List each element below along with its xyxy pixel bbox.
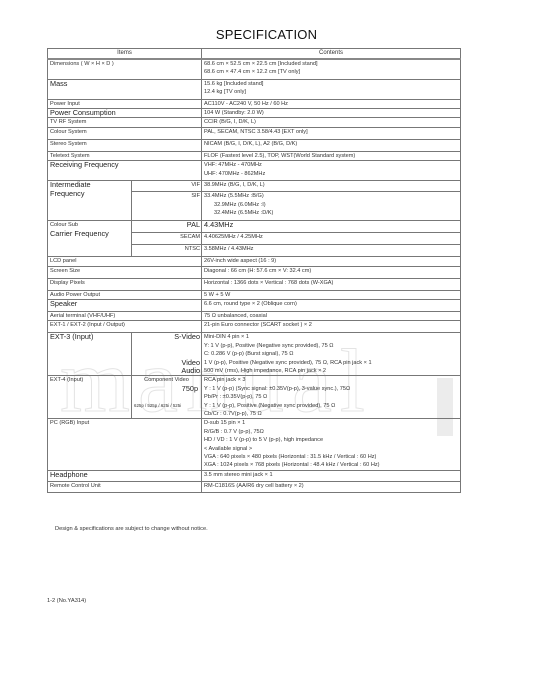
page-footer: 1-2 (No.YA314) <box>47 598 86 604</box>
row-value: VHF: 47MHz - 470MHzUHF: 470MHz - 862MHz <box>202 161 461 181</box>
row-value: 3.5 mm stereo mini jack × 1 <box>202 470 461 481</box>
row-value: RM-C1816S (AA/R6 dry cell battery × 2) <box>202 481 461 492</box>
table-row: IntermediateFrequency VIF 38.9MHz (B/G, … <box>48 181 461 192</box>
sub-label: VIF <box>132 181 202 192</box>
row-value: 75 Ω unbalanced, coaxial <box>202 311 461 320</box>
sub-label-group: S-Video Video Audio <box>132 333 202 376</box>
table-row: Colour SystemPAL, SECAM, NTSC 3.58/4.43 … <box>48 127 461 139</box>
row-label: Remote Control Unit <box>48 481 202 492</box>
row-value: NICAM (B/G, I, D/K, L), A2 (B/G, D/K) <box>202 139 461 151</box>
sub-label: SECAM <box>132 233 202 245</box>
sub-label: NTSC <box>132 245 202 257</box>
row-value: AC110V - AC240 V, 50 Hz / 60 Hz <box>202 99 461 108</box>
row-value: RCA pin jack × 3 Y : 1 V (p-p) (Sync sig… <box>202 376 461 419</box>
table-row: Screen SizeDiagonal : 66 cm (H: 57.6 cm … <box>48 266 461 278</box>
header-contents: Contents <box>202 49 461 60</box>
row-value: 4.43MHz <box>202 221 461 233</box>
table-row: Speaker6.6 cm, round type × 2 (Oblique c… <box>48 299 461 311</box>
row-label: EXT-4 (Input) <box>48 376 132 419</box>
row-value: Mini-DIN 4 pin × 1 Y: 1 V (p-p), Positiv… <box>202 333 461 376</box>
row-label: Power Consumption <box>48 108 202 117</box>
table-row: LCD panel26V-inch wide aspect (16 : 9) <box>48 257 461 266</box>
table-row: Remote Control UnitRM-C1816S (AA/R6 dry … <box>48 481 461 492</box>
table-row: Headphone3.5 mm stereo mini jack × 1 <box>48 470 461 481</box>
row-label: Power Input <box>48 99 202 108</box>
table-row: EXT-1 / EXT-2 (Input / Output)21-pin Eur… <box>48 321 461 333</box>
table-row: Receiving Frequency VHF: 47MHz - 470MHzU… <box>48 161 461 181</box>
table-header-row: Items Contents <box>48 49 461 60</box>
row-value: 38.9MHz (B/G, I, D/K, L) <box>202 181 461 192</box>
table-row: TV RF SystemCCIR (B/G, I, D/K, L) <box>48 118 461 127</box>
spec-table: Items Contents Dimensions ( W × H × D ) … <box>47 48 461 493</box>
row-label: Stereo System <box>48 139 202 151</box>
row-label: Aerial terminal (VHF/UHF) <box>48 311 202 320</box>
row-label: IntermediateFrequency <box>48 181 132 221</box>
row-value: 33.4MHz (5.5MHz :B/G)32.9MHz (6.0MHz :I)… <box>202 192 461 221</box>
table-row: EXT-4 (Input) Component Video 750p 625p … <box>48 376 461 419</box>
row-value: 26V-inch wide aspect (16 : 9) <box>202 257 461 266</box>
row-label: Dimensions ( W × H × D ) <box>48 59 202 79</box>
row-value: 4.40625MHz / 4.25MHz <box>202 233 461 245</box>
table-row: Mass 15.6 kg [Included stand]12.4 kg [TV… <box>48 79 461 99</box>
row-value: 6.6 cm, round type × 2 (Oblique corn) <box>202 299 461 311</box>
row-value: D-sub 15 pin × 1 R/G/B : 0.7 V (p-p), 75… <box>202 419 461 470</box>
row-value: Horizontal : 1366 dots × Vertical : 768 … <box>202 278 461 290</box>
row-value: 104 W (Standby: 2.0 W) <box>202 108 461 117</box>
table-row: Stereo SystemNICAM (B/G, I, D/K, L), A2 … <box>48 139 461 151</box>
sub-label: PAL <box>132 221 202 233</box>
table-row: Colour SubCarrier Frequency PAL 4.43MHz <box>48 221 461 233</box>
row-label: EXT-1 / EXT-2 (Input / Output) <box>48 321 202 333</box>
row-label: Display Pixels <box>48 278 202 290</box>
disclaimer-note: Design & specifications are subject to c… <box>55 526 208 532</box>
row-value: 15.6 kg [Included stand]12.4 kg [TV only… <box>202 79 461 99</box>
row-value: 21-pin Euro connector (SCART socket ) × … <box>202 321 461 333</box>
row-value: FLOF (Fastext level 2.5), TOP, WST(World… <box>202 151 461 160</box>
row-label: EXT-3 (Input) <box>48 333 132 376</box>
sub-label-group: Component Video 750p 625p / 525p / 625i … <box>132 376 202 419</box>
table-row: EXT-3 (Input) S-Video Video Audio Mini-D… <box>48 333 461 376</box>
row-label: Colour SubCarrier Frequency <box>48 221 132 257</box>
row-label: TV RF System <box>48 118 202 127</box>
table-row: Power InputAC110V - AC240 V, 50 Hz / 60 … <box>48 99 461 108</box>
row-value: PAL, SECAM, NTSC 3.58/4.43 [EXT only] <box>202 127 461 139</box>
table-row: Display PixelsHorizontal : 1366 dots × V… <box>48 278 461 290</box>
row-value: Diagonal : 66 cm (H: 57.6 cm × V: 32.4 c… <box>202 266 461 278</box>
table-row: Audio Power Output5 W + 5 W <box>48 290 461 299</box>
table-row: PC (RGB) Input D-sub 15 pin × 1 R/G/B : … <box>48 419 461 470</box>
row-label: Colour System <box>48 127 202 139</box>
row-label: Screen Size <box>48 266 202 278</box>
table-row: Dimensions ( W × H × D ) 68.6 cm × 52.5 … <box>48 59 461 79</box>
row-label: LCD panel <box>48 257 202 266</box>
row-label: Receiving Frequency <box>48 161 202 181</box>
row-label: Headphone <box>48 470 202 481</box>
row-value: 5 W + 5 W <box>202 290 461 299</box>
row-label: Speaker <box>48 299 202 311</box>
page-title: SPECIFICATION <box>0 27 533 42</box>
row-value: 68.6 cm × 52.5 cm × 22.5 cm [Included st… <box>202 59 461 79</box>
row-value: 3.58MHz / 4.43MHz <box>202 245 461 257</box>
row-label: Mass <box>48 79 202 99</box>
row-label: PC (RGB) Input <box>48 419 202 470</box>
sub-label: SIF <box>132 192 202 221</box>
header-items: Items <box>48 49 202 60</box>
row-value: CCIR (B/G, I, D/K, L) <box>202 118 461 127</box>
table-row: Aerial terminal (VHF/UHF)75 Ω unbalanced… <box>48 311 461 320</box>
table-row: Power Consumption104 W (Standby: 2.0 W) <box>48 108 461 117</box>
